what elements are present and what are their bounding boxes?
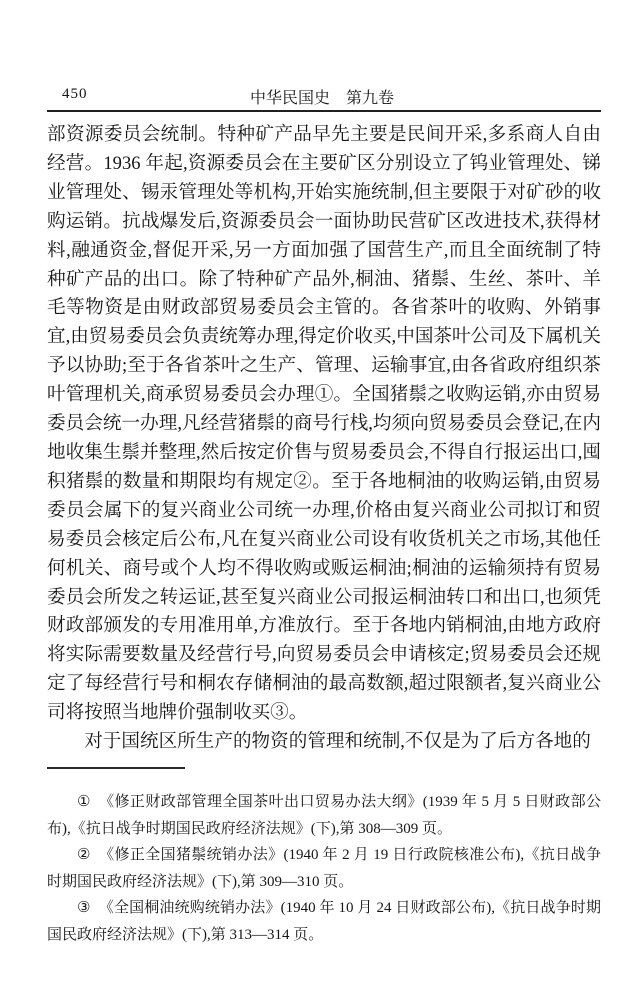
footnote-item-2: ②《修正全国猪鬃统销办法》(1940 年 2 月 19 日行政院核准公布),《抗… — [47, 842, 601, 895]
footnote-text-2: 《修正全国猪鬃统销办法》(1940 年 2 月 19 日行政院核准公布),《抗日… — [47, 847, 601, 890]
footnote-item-3: ③《全国桐油统购统销办法》(1940 年 10 月 24 日财政部公布),《抗日… — [47, 895, 601, 948]
footnote-text-3: 《全国桐油统购统销办法》(1940 年 10 月 24 日财政部公布),《抗日战… — [47, 900, 601, 943]
footnote-marker-3: ③ — [77, 900, 91, 916]
book-page: 450 中华民国史 第九卷 部资源委员会统制。特种矿产品早先主要是民间开采,多系… — [0, 0, 644, 1000]
footnote-text-1: 《修正财政部管理全国茶叶出口贸易办法大纲》(1939 年 5 月 5 日财政部公… — [47, 794, 601, 837]
footnote-marker-1: ① — [77, 794, 91, 810]
body-text-block: 部资源委员会统制。特种矿产品早先主要是民间开采,多系商人自由经营。1936 年起… — [47, 121, 601, 757]
body-paragraph-new: 对于国统区所生产的物资的管理和统制,不仅是为了后方各地的 — [47, 728, 601, 757]
footnotes-block: ①《修正财政部管理全国茶叶出口贸易办法大纲》(1939 年 5 月 5 日财政部… — [47, 789, 601, 948]
running-head-book-title: 中华民国史 第九卷 — [0, 85, 644, 108]
footnote-marker-2: ② — [77, 847, 91, 863]
footnote-separator-rule — [47, 767, 185, 769]
header-rule-divider — [47, 110, 601, 112]
footnote-item-1: ①《修正财政部管理全国茶叶出口贸易办法大纲》(1939 年 5 月 5 日财政部… — [47, 789, 601, 842]
body-paragraph-continuation: 部资源委员会统制。特种矿产品早先主要是民间开采,多系商人自由经营。1936 年起… — [47, 121, 601, 728]
